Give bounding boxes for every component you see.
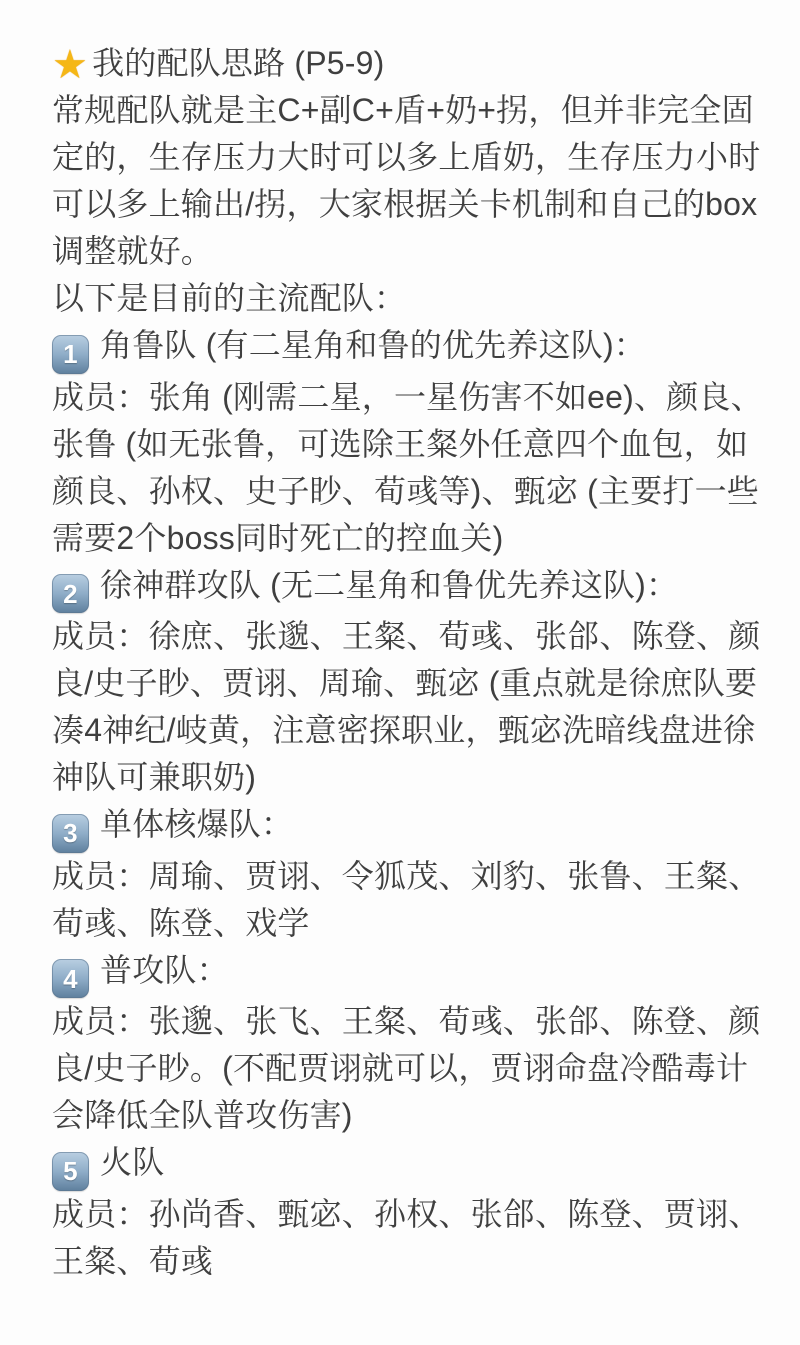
team-heading-3: 3单体核爆队： xyxy=(52,801,764,853)
team-members-2: 成员：徐庶、张邈、王粲、荀彧、张郃、陈登、颜良/史子眇、贾诩、周瑜、甄宓 (重点… xyxy=(52,613,764,801)
team-name-2: 徐神群攻队 (无二星角和鲁优先养这队)： xyxy=(100,567,678,603)
keycap-4-icon: 4 xyxy=(52,959,89,998)
team-name-1: 角鲁队 (有二星角和鲁的优先养这队)： xyxy=(100,327,646,363)
team-name-3: 单体核爆队： xyxy=(100,806,293,842)
team-members-3: 成员：周瑜、贾诩、令狐茂、刘豹、张鲁、王粲、荀彧、陈登、戏学 xyxy=(52,853,764,947)
intro-paragraph: 常规配队就是主C+副C+盾+奶+拐，但并非完全固定的，生存压力大时可以多上盾奶，… xyxy=(52,87,764,275)
team-heading-2: 2徐神群攻队 (无二星角和鲁优先养这队)： xyxy=(52,562,764,614)
page-title-text: 我的配队思路 (P5-9) xyxy=(92,45,384,81)
team-heading-5: 5火队 xyxy=(52,1139,764,1191)
page-title: ★我的配队思路 (P5-9) xyxy=(52,40,764,87)
team-members-4: 成员：张邈、张飞、王粲、荀彧、张郃、陈登、颜良/史子眇。(不配贾诩就可以，贾诩命… xyxy=(52,998,764,1139)
note-page: ★我的配队思路 (P5-9) 常规配队就是主C+副C+盾+奶+拐，但并非完全固定… xyxy=(0,0,800,1345)
team-members-5: 成员：孙尚香、甄宓、孙权、张郃、陈登、贾诩、王粲、荀彧 xyxy=(52,1191,764,1285)
keycap-1-icon: 1 xyxy=(52,335,89,374)
team-heading-1: 1角鲁队 (有二星角和鲁的优先养这队)： xyxy=(52,322,764,374)
keycap-5-icon: 5 xyxy=(52,1152,89,1191)
star-icon: ★ xyxy=(52,45,88,85)
keycap-2-icon: 2 xyxy=(52,574,89,613)
team-name-4: 普攻队： xyxy=(100,952,229,988)
team-members-1: 成员：张角 (刚需二星，一星伤害不如ee)、颜良、张鲁 (如无张鲁，可选除王粲外… xyxy=(52,374,764,562)
subheading: 以下是目前的主流配队： xyxy=(52,275,764,322)
team-name-5: 火队 xyxy=(100,1144,164,1180)
team-heading-4: 4普攻队： xyxy=(52,947,764,999)
keycap-3-icon: 3 xyxy=(52,814,89,853)
